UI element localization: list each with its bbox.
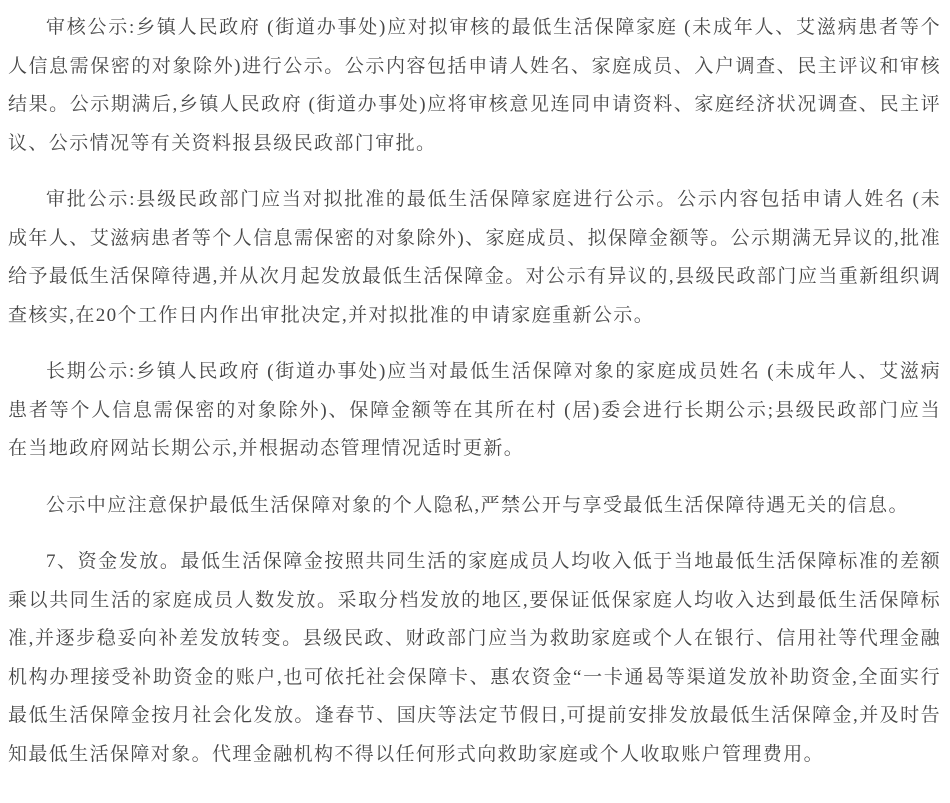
paragraph-privacy-note: 公示中应注意保护最低生活保障对象的个人隐私,严禁公开与享受最低生活保障待遇无关的… (8, 487, 941, 526)
paragraph-fund-disbursement: 7、资金发放。最低生活保障金按照共同生活的家庭成员人均收入低于当地最低生活保障标… (8, 543, 941, 774)
paragraph-audit-publicity: 审核公示:乡镇人民政府 (街道办事处)应对拟审核的最低生活保障家庭 (未成年人、… (8, 9, 941, 163)
document-page: 审核公示:乡镇人民政府 (街道办事处)应对拟审核的最低生活保障家庭 (未成年人、… (0, 0, 950, 803)
paragraph-longterm-publicity: 长期公示:乡镇人民政府 (街道办事处)应当对最低生活保障对象的家庭成员姓名 (未… (8, 353, 941, 469)
paragraph-approval-publicity: 审批公示:县级民政部门应当对拟批准的最低生活保障家庭进行公示。公示内容包括申请人… (8, 181, 941, 335)
